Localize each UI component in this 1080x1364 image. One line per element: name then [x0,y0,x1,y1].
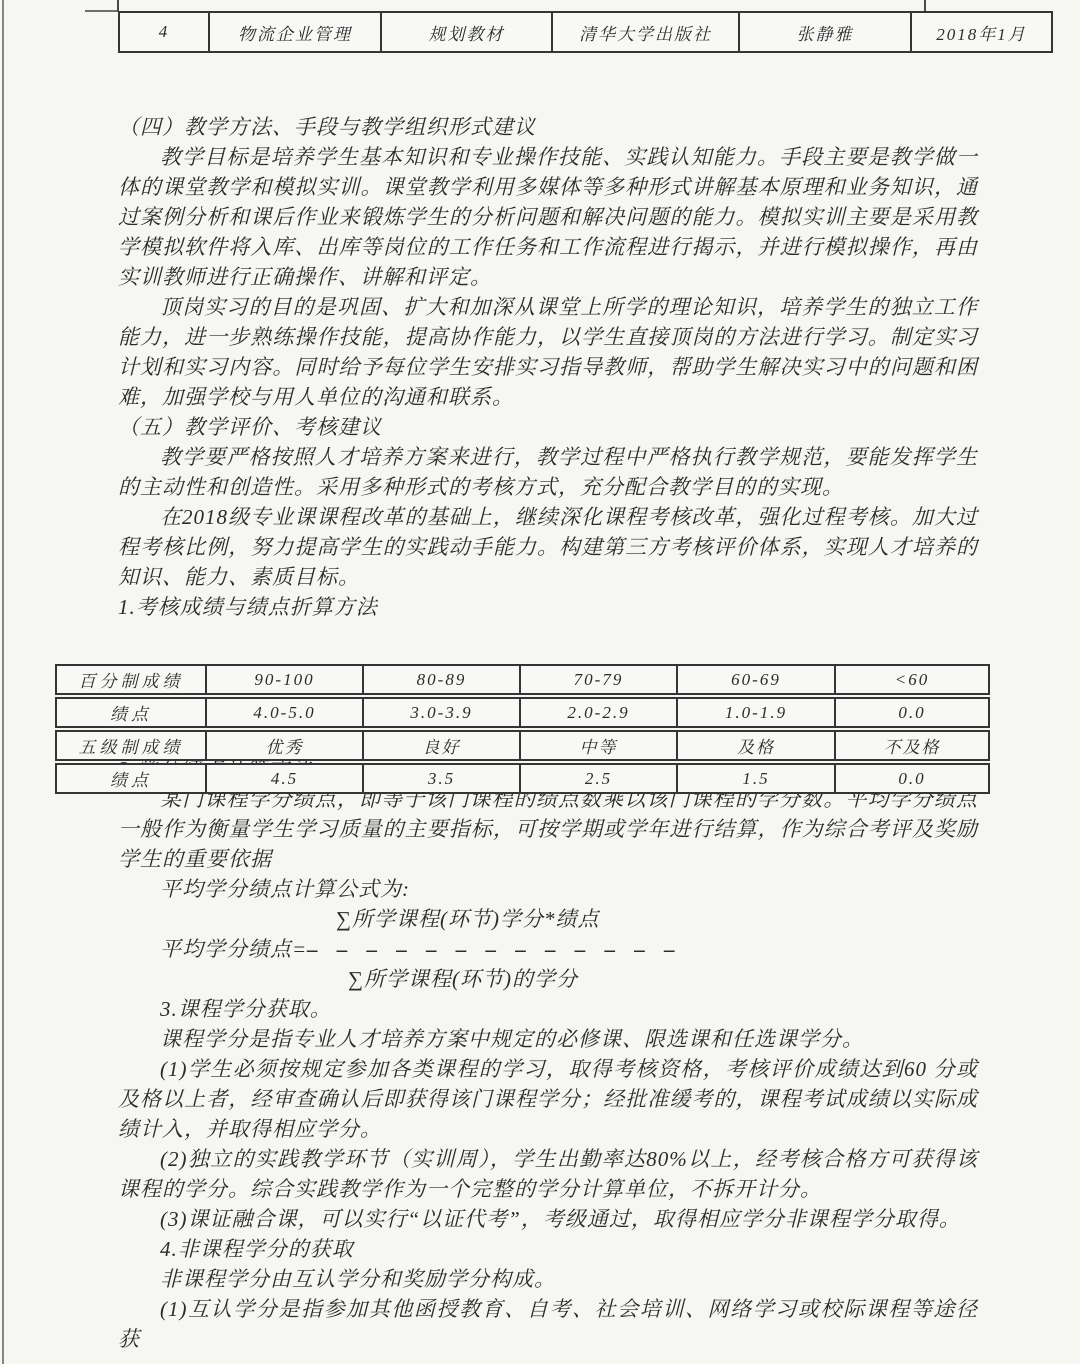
paragraph-evaluation: 教学要严格按照人才培养方案来进行，教学过程中严格执行教学规范，要能发挥学生的主动… [118,442,978,502]
table-cell: 2.5 [521,765,678,792]
paragraph-gpa-definition: 某门课程学分绩点，即等于该门课程的绩点数乘以该门课程的学分数。平均学分绩点一般作… [118,784,978,874]
table-cell: 优秀 [207,732,364,759]
gpa-formula: ∑所学课程(环节)学分*绩点 平均学分绩点=– – – – – – – – – … [118,904,978,994]
table-cell: 4.5 [207,765,364,792]
table-cell: 3.0-3.9 [364,699,521,726]
table-cell: 0.0 [836,699,988,726]
table-cell: 70-79 [521,666,678,693]
paragraph-course-credit: 课程学分是指专业人才培养方案中规定的必修课、限选课和任选课学分。 [118,1024,978,1054]
scan-edge-line [2,0,4,1364]
formula-fraction-bar: – – – – – – – – – – – – – [307,937,681,961]
table-cell: 1.5 [678,765,836,792]
paragraph-rule-3: (3)课证融合课，可以实行“以证代考”，考级通过，取得相应学分非课程学分取得。 [118,1204,978,1234]
table-cell: 良好 [364,732,521,759]
table-cell: 90-100 [207,666,364,693]
table-cell: 2.0-2.9 [521,699,678,726]
table-cell-book-type: 规划教材 [382,13,553,51]
table-cell: 1.0-1.9 [678,699,836,726]
formula-lhs: 平均学分绩点= [160,937,307,961]
table-row: 百分制成绩 90-100 80-89 70-79 60-69 <60 [55,664,990,695]
table-row: 绩点 4.5 3.5 2.5 1.5 0.0 [55,763,990,794]
table-cell: 绩点 [57,699,207,726]
table-cell: 3.5 [364,765,521,792]
paragraph-reform: 在2018级专业课课程改革的基础上，继续深化课程考核改革，强化过程考核。加大过程… [118,502,978,592]
list-item-3-course-credit: 3.课程学分获取。 [118,994,978,1024]
paragraph-teaching-methods: 教学目标是培养学生基本知识和专业操作技能、实践认知能力。手段主要是教学做一体的课… [118,142,978,292]
section-5-heading: （五）教学评价、考核建议 [118,412,978,442]
formula-numerator: ∑所学课程(环节)学分*绩点 [336,904,978,934]
textbook-table-row: 4 物流企业管理 规划教材 清华大学出版社 张静雅 2018年1月 [118,11,1053,53]
table-cell: 绩点 [57,765,207,792]
table-cell-publisher: 清华大学出版社 [553,13,740,51]
paragraph-rule-2: (2)独立的实践教学环节（实训周），学生出勤率达80%以上，经考核合格方可获得该… [118,1144,978,1204]
paragraph-noncourse-credit: 非课程学分由互认学分和奖励学分构成。 [118,1264,978,1294]
table-cell: 五级制成绩 [57,732,207,759]
table-row: 五级制成绩 优秀 良好 中等 及格 不及格 [55,730,990,761]
table-cell-date: 2018年1月 [912,13,1051,51]
table-cell-credits: 4 [120,13,210,51]
table-cell: <60 [836,666,988,693]
paragraph-internship: 顶岗实习的目的是巩固、扩大和加深从课堂上所学的理论知识，培养学生的独立工作能力，… [118,292,978,412]
table-cell: 4.0-5.0 [207,699,364,726]
list-item-1-grade-conversion: 1.考核成绩与绩点折算方法 [118,592,978,622]
table-cell: 中等 [521,732,678,759]
table-cell-author: 张静雅 [740,13,912,51]
section-4-heading: （四）教学方法、手段与教学组织形式建议 [118,112,978,142]
paragraph-rule-1: (1)学生必须按规定参加各类课程的学习，取得考核资格，考核评价成绩达到60 分或… [118,1054,978,1144]
table-cell: 百分制成绩 [57,666,207,693]
formula-lhs-and-bar: 平均学分绩点=– – – – – – – – – – – – – [160,934,978,964]
formula-intro: 平均学分绩点计算公式为: [118,874,978,904]
scan-table-remnant-line [85,10,119,12]
table-row: 绩点 4.0-5.0 3.0-3.9 2.0-2.9 1.0-1.9 0.0 [55,697,990,728]
list-item-4-noncourse-credit: 4.非课程学分的获取 [118,1234,978,1264]
formula-denominator: ∑所学课程(环节)的学分 [348,964,978,994]
table-cell: 80-89 [364,666,521,693]
grade-conversion-table: 百分制成绩 90-100 80-89 70-79 60-69 <60 绩点 4.… [55,664,990,796]
paragraph-mutual-credit: (1)互认学分是指参加其他函授教育、自考、社会培训、网络学习或校际课程等途径获 [118,1294,978,1354]
table-cell: 及格 [678,732,836,759]
table-cell: 不及格 [836,732,988,759]
table-cell-course-name: 物流企业管理 [210,13,382,51]
table-cell: 60-69 [678,666,836,693]
table-cell: 0.0 [836,765,988,792]
